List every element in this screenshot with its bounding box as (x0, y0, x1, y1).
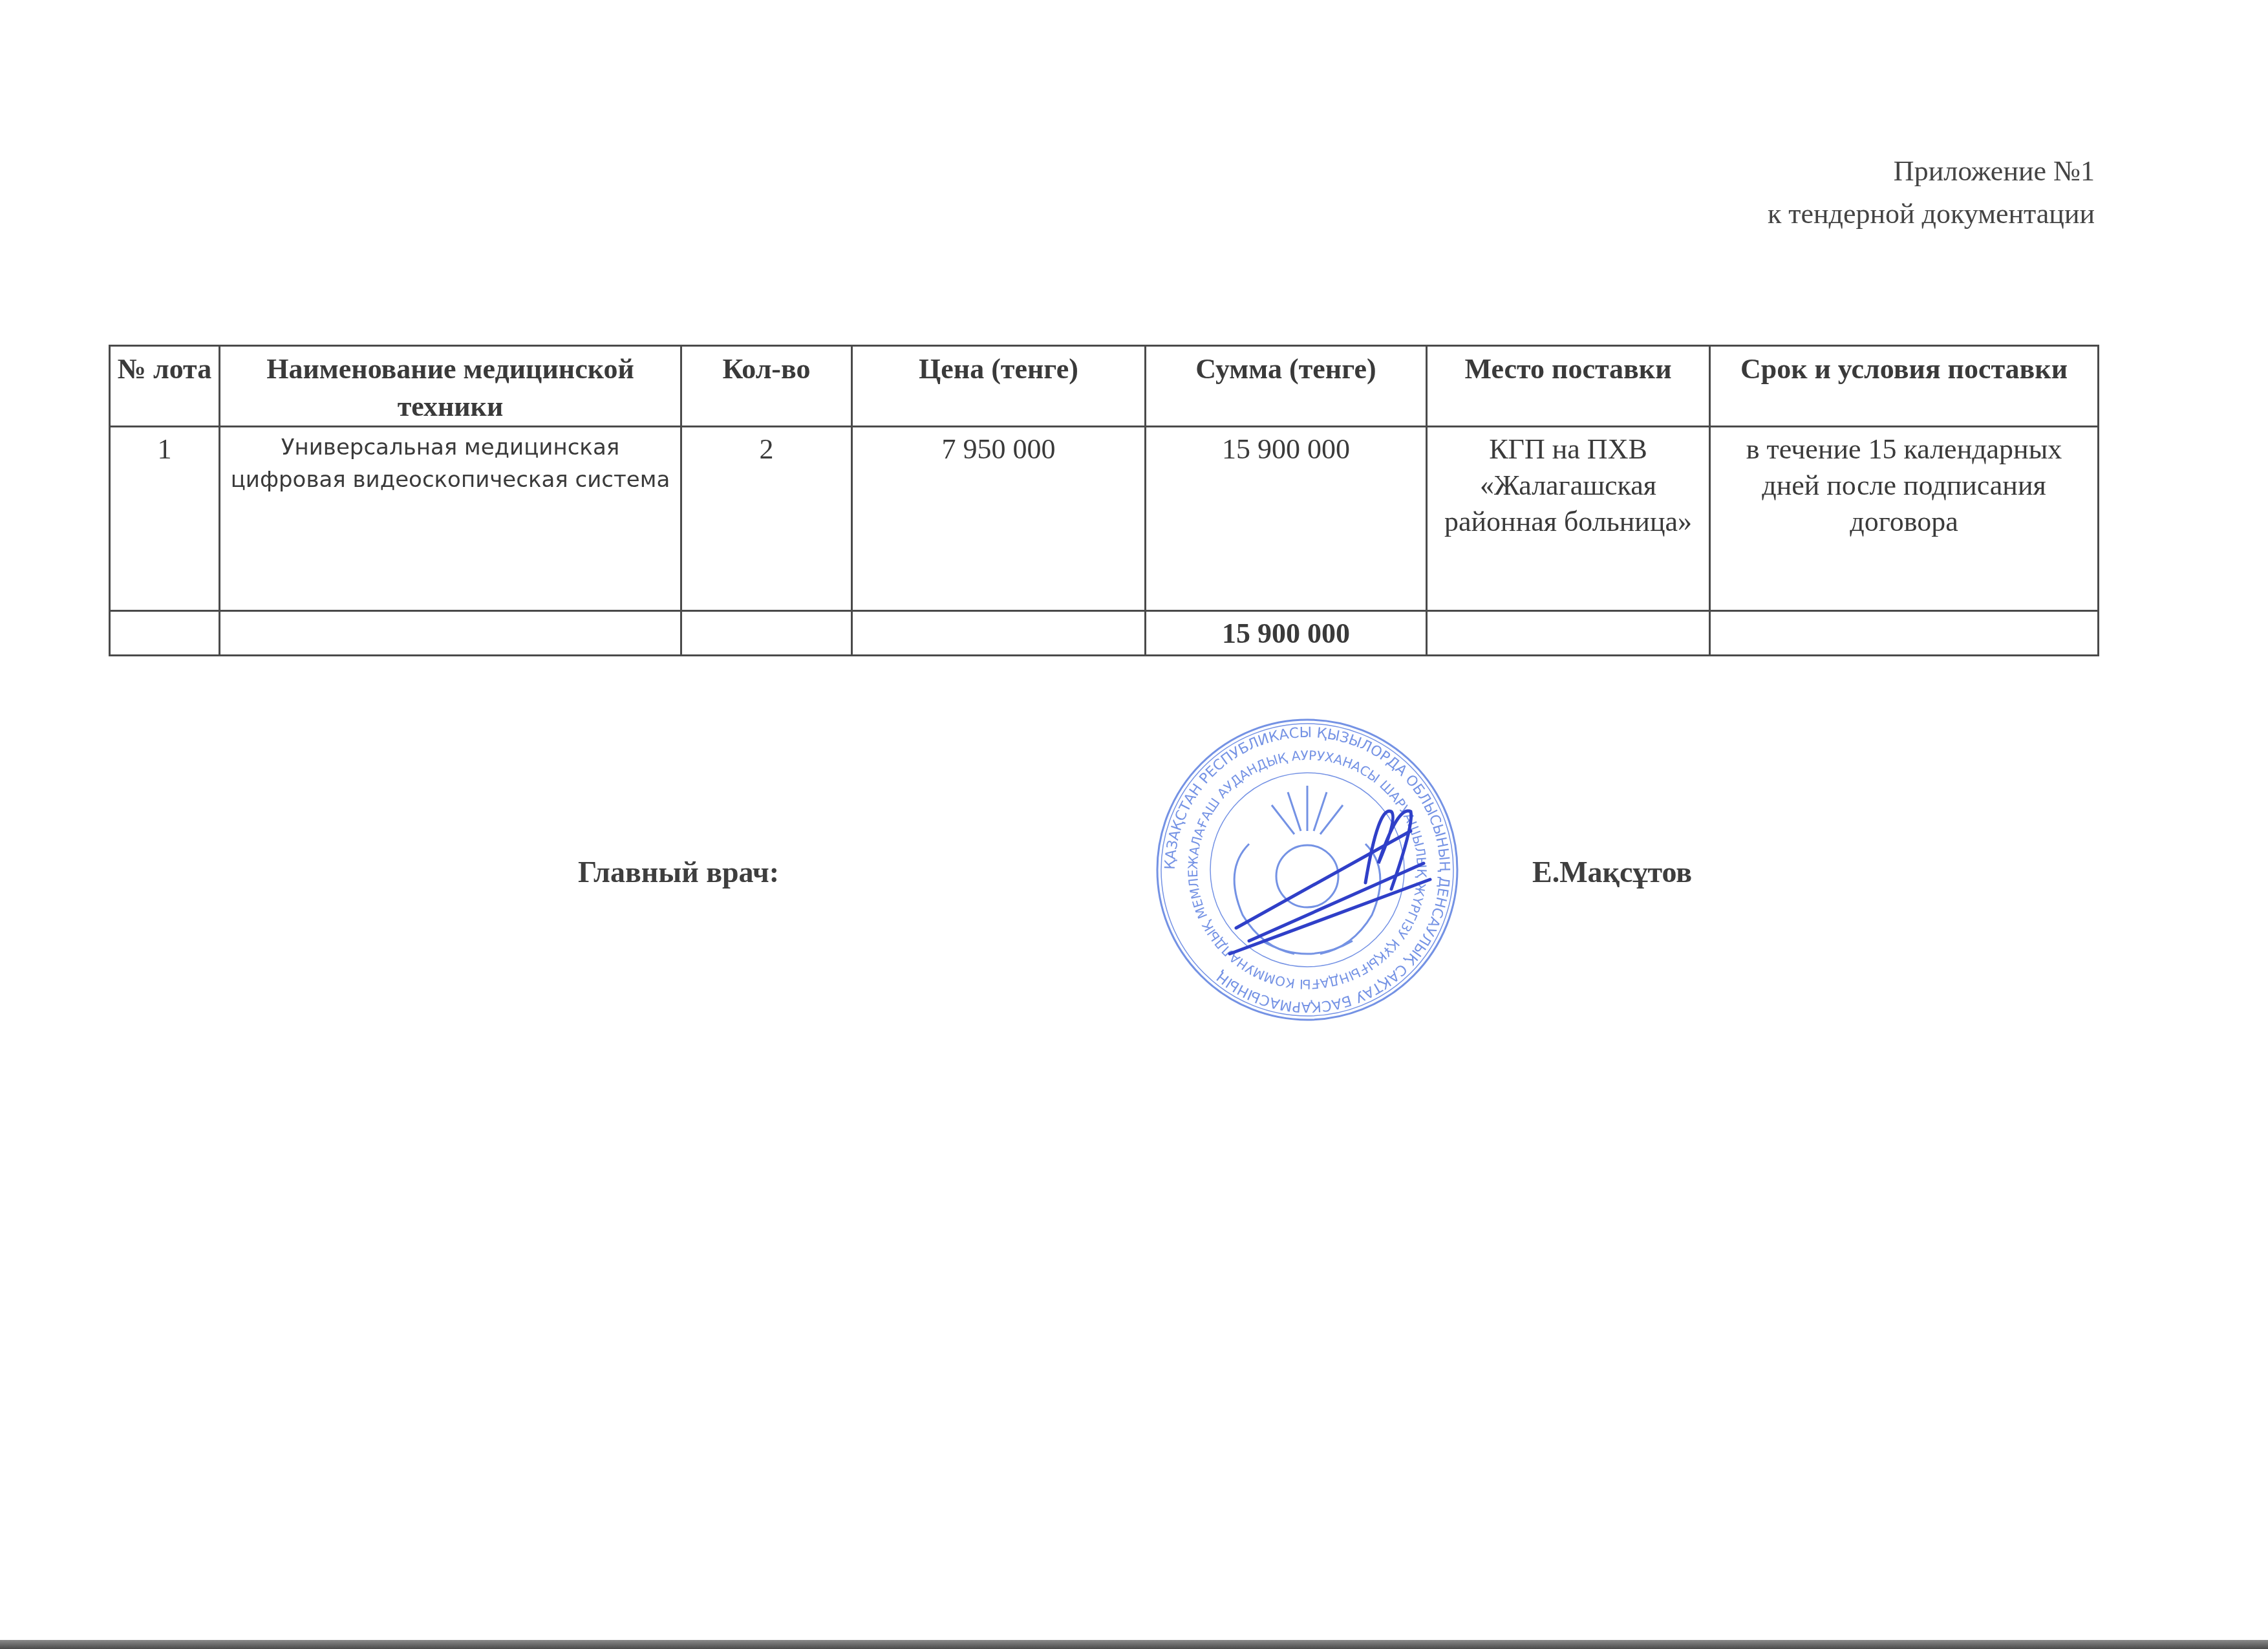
total-empty (852, 611, 1146, 656)
appendix-header: Приложение №1 к тендерной документации (1768, 150, 2095, 235)
cell-name: Универсальная медицинская цифровая видео… (220, 427, 681, 611)
appendix-number: Приложение №1 (1768, 150, 2095, 193)
header-quantity: Кол-во (681, 346, 852, 427)
cell-qty: 2 (681, 427, 852, 611)
header-equipment-name: Наименование медицинской техники (220, 346, 681, 427)
signer-title: Главный врач: (578, 855, 779, 889)
header-delivery-terms: Срок и условия поставки (1710, 346, 2099, 427)
table-header-row: № лота Наименование медицинской техники … (110, 346, 2099, 427)
total-empty (110, 611, 220, 656)
total-empty (1427, 611, 1710, 656)
total-empty (681, 611, 852, 656)
total-row: 15 900 000 (110, 611, 2099, 656)
official-seal-icon: ҚАЗАҚСТАН РЕСПУБЛИКАСЫ ҚЫЗЫЛОРДА ОБЛЫСЫН… (1152, 715, 1462, 1025)
signer-name: Е.Мақсұтов (1532, 855, 1692, 889)
header-lot-number: № лота (110, 346, 220, 427)
cell-lot: 1 (110, 427, 220, 611)
header-sum: Сумма (тенге) (1146, 346, 1427, 427)
cell-terms: в течение 15 календарных дней после подп… (1710, 427, 2099, 611)
lots-table: № лота Наименование медицинской техники … (109, 345, 2099, 656)
cell-price: 7 950 000 (852, 427, 1146, 611)
header-price: Цена (тенге) (852, 346, 1146, 427)
scan-bottom-edge (0, 1640, 2268, 1649)
appendix-subtitle: к тендерной документации (1768, 193, 2095, 235)
total-empty (1710, 611, 2099, 656)
header-delivery-place: Место поставки (1427, 346, 1710, 427)
table-row: 1 Универсальная медицинская цифровая вид… (110, 427, 2099, 611)
total-empty (220, 611, 681, 656)
total-sum: 15 900 000 (1146, 611, 1427, 656)
cell-sum: 15 900 000 (1146, 427, 1427, 611)
cell-place: КГП на ПХВ «Жалагашская районная больниц… (1427, 427, 1710, 611)
